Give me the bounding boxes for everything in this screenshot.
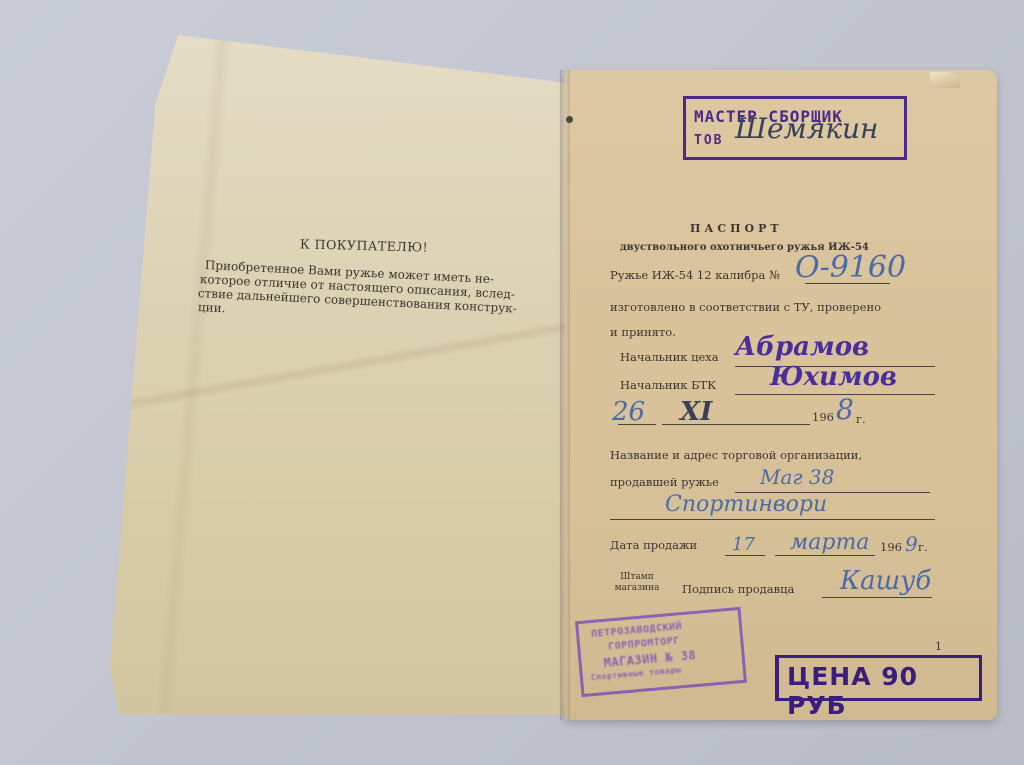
booklet-spine xyxy=(560,70,570,720)
underline xyxy=(610,519,935,520)
underline xyxy=(618,424,656,425)
passport-title: ПАСПОРТ xyxy=(690,222,783,235)
underline xyxy=(662,424,810,425)
underline xyxy=(735,394,935,395)
year-suffix: г. xyxy=(856,412,866,426)
price-text: ЦЕНА 90 РУБ xyxy=(787,662,979,720)
underline xyxy=(725,555,765,556)
shop-head-label: Начальник цеха xyxy=(620,350,719,364)
sale-year-handwritten: 9 xyxy=(905,532,918,556)
left-page xyxy=(110,35,565,715)
acceptance-year-handwritten: 8 xyxy=(836,393,854,426)
acceptance-day: 26 xyxy=(612,397,645,427)
stamp-line: ТОВ xyxy=(694,133,723,148)
sale-month: марта xyxy=(790,530,869,555)
year-suffix: г. xyxy=(918,540,928,554)
accepted-line: и принято. xyxy=(610,325,676,339)
seller-signature-label: Подпись продавца xyxy=(682,582,794,596)
price-stamp: ЦЕНА 90 РУБ xyxy=(775,655,982,701)
page-number: 1 xyxy=(935,640,942,653)
page-corner-fold xyxy=(930,72,960,88)
acceptance-year-printed: 196 xyxy=(812,410,834,424)
sale-date-label: Дата продажи xyxy=(610,538,697,552)
otk-head-label: Начальник БТК xyxy=(620,378,716,392)
staple-icon xyxy=(566,116,573,123)
rifle-caliber-label: Ружье ИЖ-54 12 калибра № xyxy=(610,268,780,282)
sold-label: продавшей ружье xyxy=(610,475,719,489)
acceptance-month: XI xyxy=(680,397,712,427)
made-line: изготовлено в соответствии с ТУ, провере… xyxy=(610,300,881,314)
stamp-label-2: магазина xyxy=(612,583,662,593)
shop-head-signature: Абрамов xyxy=(735,332,869,362)
serial-number-handwritten: О-9160 xyxy=(795,250,906,285)
underline xyxy=(822,597,932,598)
seller-signature: Кашуб xyxy=(840,566,931,596)
org-handwritten-1: Маг 38 xyxy=(760,465,834,489)
shop-stamp: ПЕТРОЗАВОДСКИЙ ГОРПРОМТОРГ МАГАЗИН № 38 … xyxy=(575,607,747,697)
org-label: Название и адрес торговой организации, xyxy=(610,448,862,462)
sale-day: 17 xyxy=(732,534,755,555)
left-page-line: ции. xyxy=(198,300,226,315)
stamp-label-1: Штамп xyxy=(612,572,662,582)
org-handwritten-2: Спортинвори xyxy=(665,492,827,517)
otk-head-signature: Юхимов xyxy=(770,362,897,392)
master-signature: Шемякин xyxy=(735,112,878,145)
underline xyxy=(775,555,875,556)
sale-year-printed: 196 xyxy=(880,540,902,554)
